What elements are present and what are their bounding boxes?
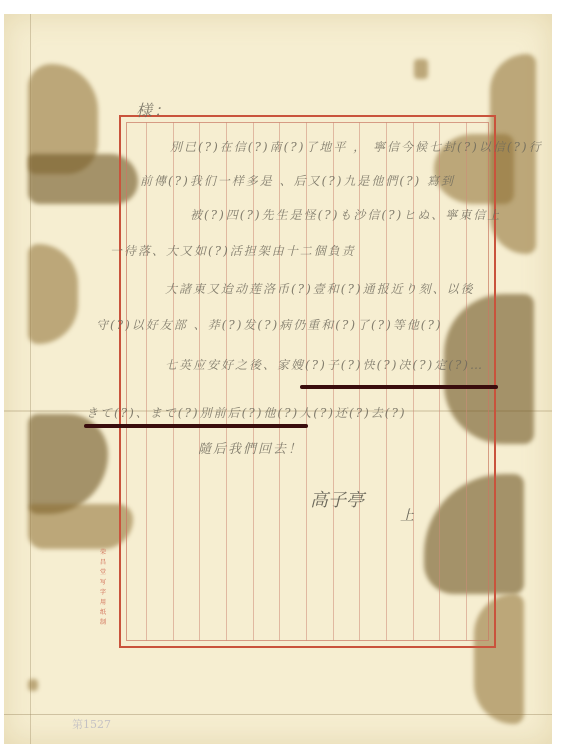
ruled-line	[253, 122, 254, 641]
stain-left-lower	[28, 414, 108, 514]
ruled-line	[359, 122, 360, 641]
letter-line-6: 守(?)以好友部 、莽(?)发(?)病仍重和(?)了(?)等他(?)	[96, 316, 443, 333]
ruled-line	[333, 122, 334, 641]
letter-line-1: 別已(?)在信(?)南(?)了地平 ， 寧信今候七封(?)以信(?)行	[170, 138, 543, 155]
ruled-line	[279, 122, 280, 641]
ruled-line	[413, 122, 414, 641]
ruled-line	[306, 122, 307, 641]
salutation: 様：	[136, 98, 172, 121]
letter-line-7: 七英应安好之後、家嫂(?)子(?)快(?)决(?)定(?)…	[165, 356, 484, 373]
redaction-bar-2	[84, 424, 308, 428]
red-border-inner	[126, 122, 489, 641]
ruled-line	[173, 122, 174, 641]
ruled-line	[439, 122, 440, 641]
signature-suffix: 上	[400, 505, 414, 525]
ruled-line	[466, 122, 467, 641]
ruled-line	[199, 122, 200, 641]
stain-left-bottom	[28, 504, 133, 549]
letter-line-4: 一待落、大又如(?)活担架由十二個負责	[110, 242, 356, 259]
letter-line-2: 前傳(?)我们一样多是 、后又(?)九是他們(?) 寫到	[140, 172, 455, 189]
ruled-line	[226, 122, 227, 641]
fold-line-bottom	[4, 714, 552, 715]
stain-top-right-spot	[414, 59, 428, 79]
redaction-bar-1	[300, 385, 498, 389]
ruled-line	[146, 122, 147, 641]
stain-bottom-left-spot	[28, 679, 38, 691]
signature: 高子亭	[310, 486, 364, 512]
letter-line-3: 被(?)四(?)先生是怪(?)も沙信(?)ヒぬ、寧東信上	[190, 206, 501, 223]
stain-left-mid	[28, 244, 78, 344]
stationery-imprint: 荣昌堂写字用纸制	[99, 548, 107, 628]
letter-line-8: きて(?)、まで(?)別前后(?)他(?)人(?)还(?)去(?)	[86, 404, 407, 421]
letter-line-9: 隨后我們回去！	[198, 438, 303, 457]
archive-label: 第1527	[72, 716, 111, 732]
letter-line-5: 大諸東又迨动莲洛币(?)壹和(?)通报近り刻、以後	[165, 280, 475, 297]
ruled-line	[386, 122, 387, 641]
